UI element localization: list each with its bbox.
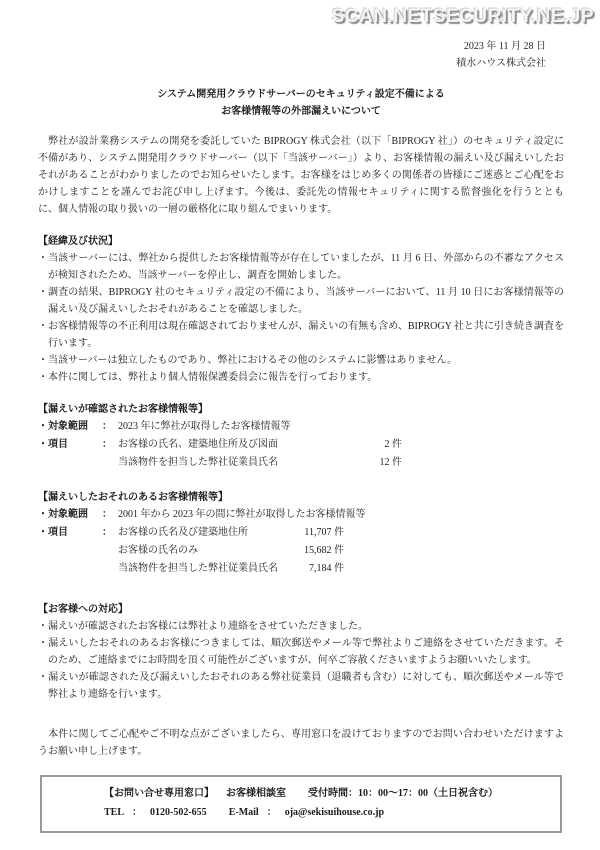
items-list: お客様の氏名及び建築地住所 11,707 件 お客様の氏名のみ 15,682 件… [118, 524, 564, 578]
bullet-item: ・漏えいが確認されたお客様には弊社より連絡をさせていただきました。 [38, 618, 564, 635]
bullet-item: ・漏えいが確認された及び漏えいしたおそれのある弊社従業員（退職者も含む）に対して… [38, 669, 564, 703]
contact-room: お客様相談室 [226, 788, 286, 799]
item-label: お客様の氏名及び建築地住所 [118, 524, 288, 542]
contact-inner: 【お問い合せ専用窓口】お客様相談室受付時間：10：00～17：00（土日祝含む）… [104, 784, 498, 822]
intro-paragraph: 弊社が設計業務システムの開発を委託していた BIPROGY 株式会社（以下「BI… [38, 133, 564, 218]
item-label: 当該物件を担当した弊社従業員氏名 [118, 560, 288, 578]
contact-line-1: 【お問い合せ専用窓口】お客様相談室受付時間：10：00～17：00（土日祝含む） [104, 784, 498, 803]
item-row: 当該物件を担当した弊社従業員氏名 12 件 [118, 454, 564, 472]
item-label: お客様の氏名のみ [118, 542, 288, 560]
bullet-item: ・当該サーバーには、弊社から提供したお客様情報等が存在していましたが、11 月 … [38, 250, 564, 284]
section-heading-customer-response: 【お客様への対応】 [38, 601, 564, 618]
bullet-item: ・調査の結果、BIPROGY 社のセキュリティ設定の不備により、当該サーバーにお… [38, 284, 564, 318]
item-count: 11,707 件 [288, 524, 344, 542]
tel-label: TEL [104, 807, 124, 818]
items-label: ・項目 [38, 436, 102, 472]
document-title-line1: システム開発用クラウドサーバーのセキュリティ設定不備による [38, 86, 564, 103]
items-colon: ： [102, 524, 118, 578]
tel-colon: ： [132, 807, 142, 818]
section-background: 【経緯及び状況】 ・当該サーバーには、弊社から提供したお客様情報等が存在していま… [38, 233, 564, 386]
items-row: ・項目 ： お客様の氏名、建築地住所及び図面 2 件 当該物件を担当した弊社従業… [38, 436, 564, 472]
contact-hours: 受付時間：10：00～17：00（土日祝含む） [308, 788, 498, 799]
bullet-item: ・当該サーバーは独立したものであり、弊社におけるその他のシステムに影響はありませ… [38, 352, 564, 369]
items-label: ・項目 [38, 524, 102, 578]
document-page: SCAN.NETSECURITY.NE.JP 2023 年 11 月 28 日 … [0, 0, 600, 850]
scope-colon: ： [102, 418, 118, 436]
bullet-item: ・漏えいしたおそれのあるお客様につきましては、順次郵送やメール等で弊社よりご連絡… [38, 635, 564, 669]
tel-number: 0120-502-655 [150, 807, 207, 818]
item-row: お客様の氏名、建築地住所及び図面 2 件 [118, 436, 564, 454]
scope-row: ・対象範囲 ： 2023 年に弊社が取得したお客様情報等 [38, 418, 564, 436]
company-name: 積水ハウス株式会社 [38, 57, 564, 71]
contact-line-2: TEL：0120-502-655E-Mail：oja@sekisuihouse.… [104, 803, 498, 822]
bullet-item: ・お客様情報等の不正利用は現在確認されておりませんが、漏えいの有無も含め、BIP… [38, 318, 564, 352]
item-count: 7,184 件 [288, 560, 344, 578]
bullet-item: ・本件に関しては、弊社より個人情報保護委員会に報告を行っております。 [38, 369, 564, 386]
scope-value: 2023 年に弊社が取得したお客様情報等 [118, 418, 564, 436]
scope-label: ・対象範囲 [38, 418, 102, 436]
document-title-line2: お客様情報等の外部漏えいについて [38, 103, 564, 120]
scope-value: 2001 年から 2023 年の間に弊社が取得したお客様情報等 [118, 506, 564, 524]
section-heading-background: 【経緯及び状況】 [38, 233, 564, 250]
watermark: SCAN.NETSECURITY.NE.JP [332, 6, 594, 28]
scope-row: ・対象範囲 ： 2001 年から 2023 年の間に弊社が取得したお客様情報等 [38, 506, 564, 524]
email-address: oja@sekisuihouse.co.jp [285, 807, 384, 818]
section-customer-response: 【お客様への対応】 ・漏えいが確認されたお客様には弊社より連絡をさせていただきま… [38, 601, 564, 703]
issue-date: 2023 年 11 月 28 日 [38, 40, 564, 54]
scope-label: ・対象範囲 [38, 506, 102, 524]
item-label: 当該物件を担当した弊社従業員氏名 [118, 454, 350, 472]
item-row: お客様の氏名のみ 15,682 件 [118, 542, 564, 560]
section-confirmed-leak: 【漏えいが確認されたお客様情報等】 ・対象範囲 ： 2023 年に弊社が取得した… [38, 401, 564, 472]
items-colon: ： [102, 436, 118, 472]
item-row: 当該物件を担当した弊社従業員氏名 7,184 件 [118, 560, 564, 578]
item-count: 15,682 件 [288, 542, 344, 560]
items-list: お客様の氏名、建築地住所及び図面 2 件 当該物件を担当した弊社従業員氏名 12… [118, 436, 564, 472]
item-row: お客様の氏名及び建築地住所 11,707 件 [118, 524, 564, 542]
contact-window-label: 【お問い合せ専用窓口】 [104, 788, 214, 799]
section-heading-confirmed-leak: 【漏えいが確認されたお客様情報等】 [38, 401, 564, 418]
scope-colon: ： [102, 506, 118, 524]
item-count: 12 件 [350, 454, 402, 472]
section-possible-leak: 【漏えいしたおそれのあるお客様情報等】 ・対象範囲 ： 2001 年から 202… [38, 489, 564, 578]
item-label: お客様の氏名、建築地住所及び図面 [118, 436, 350, 454]
section-heading-possible-leak: 【漏えいしたおそれのあるお客様情報等】 [38, 489, 564, 506]
closing-paragraph: 本件に関してご心配やご不明な点がございましたら、専用窓口を設けておりますのでお問… [38, 726, 564, 760]
email-colon: ： [267, 807, 277, 818]
contact-box: 【お問い合せ専用窓口】お客様相談室受付時間：10：00～17：00（土日祝含む）… [40, 775, 562, 833]
document-title: システム開発用クラウドサーバーのセキュリティ設定不備による お客様情報等の外部漏… [38, 86, 564, 120]
email-label: E-Mail [229, 807, 259, 818]
item-count: 2 件 [350, 436, 402, 454]
items-row: ・項目 ： お客様の氏名及び建築地住所 11,707 件 お客様の氏名のみ 15… [38, 524, 564, 578]
